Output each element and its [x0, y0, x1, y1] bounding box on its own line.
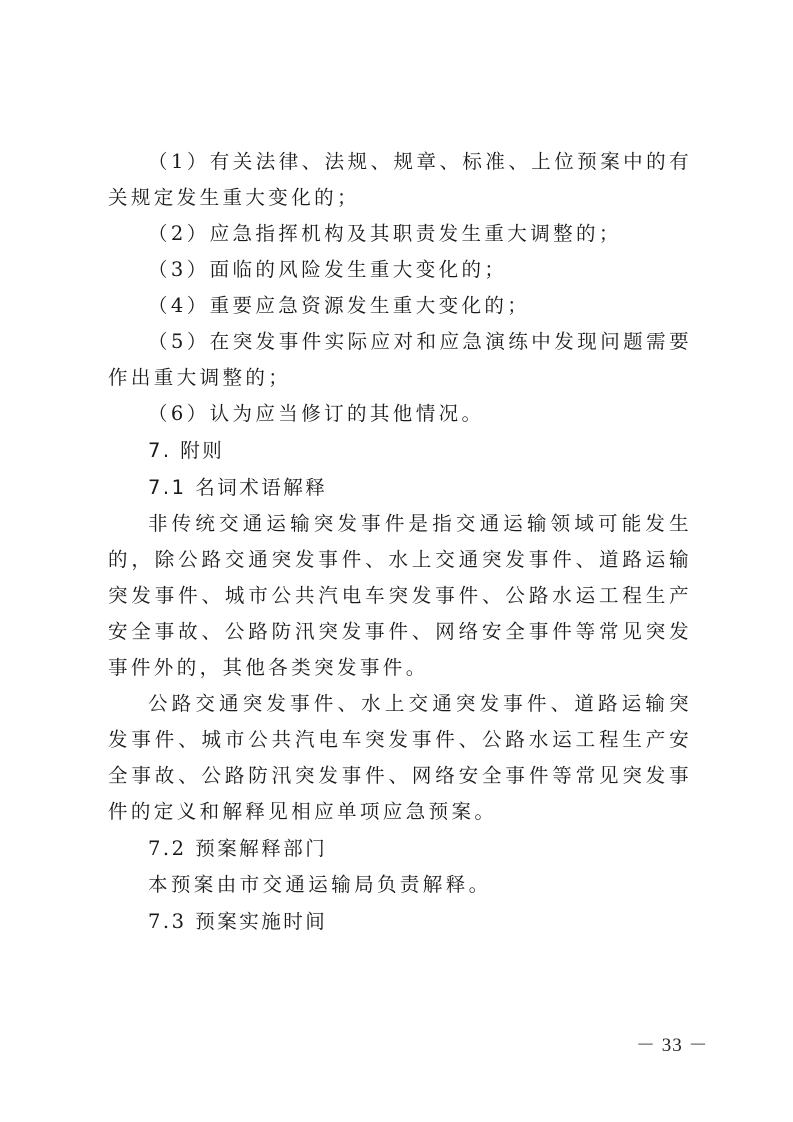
subsection-heading-interpretation: 7.2 预案解释部门: [108, 830, 692, 867]
subsection-heading-terms: 7.1 名词术语解释: [108, 469, 692, 506]
paragraph-interpretation: 本预案由市交通运输局负责解释。: [108, 867, 692, 903]
page-number: － 33 －: [636, 1030, 709, 1057]
list-item-revision-condition-2: （2）应急指挥机构及其职责发生重大调整的；: [108, 216, 692, 252]
subsection-heading-effective-date: 7.3 预案实施时间: [108, 903, 692, 940]
list-item-revision-condition-6: （6）认为应当修订的其他情况。: [108, 396, 692, 432]
section-heading-appendix: 7. 附则: [108, 432, 692, 469]
paragraph-terms-definition-2: 公路交通突发事件、水上交通突发事件、道路运输突发事件、城市公共汽电车突发事件、公…: [108, 686, 692, 830]
paragraph-terms-definition-1: 非传统交通运输突发事件是指交通运输领域可能发生的，除公路交通突发事件、水上交通突…: [108, 506, 692, 686]
document-page-body: （1）有关法律、法规、规章、标准、上位预案中的有关规定发生重大变化的； （2）应…: [108, 144, 692, 940]
list-item-revision-condition-5: （5）在突发事件实际应对和应急演练中发现问题需要作出重大调整的；: [108, 324, 692, 396]
list-item-revision-condition-4: （4）重要应急资源发生重大变化的；: [108, 288, 692, 324]
list-item-revision-condition-1: （1）有关法律、法规、规章、标准、上位预案中的有关规定发生重大变化的；: [108, 144, 692, 216]
list-item-revision-condition-3: （3）面临的风险发生重大变化的；: [108, 252, 692, 288]
